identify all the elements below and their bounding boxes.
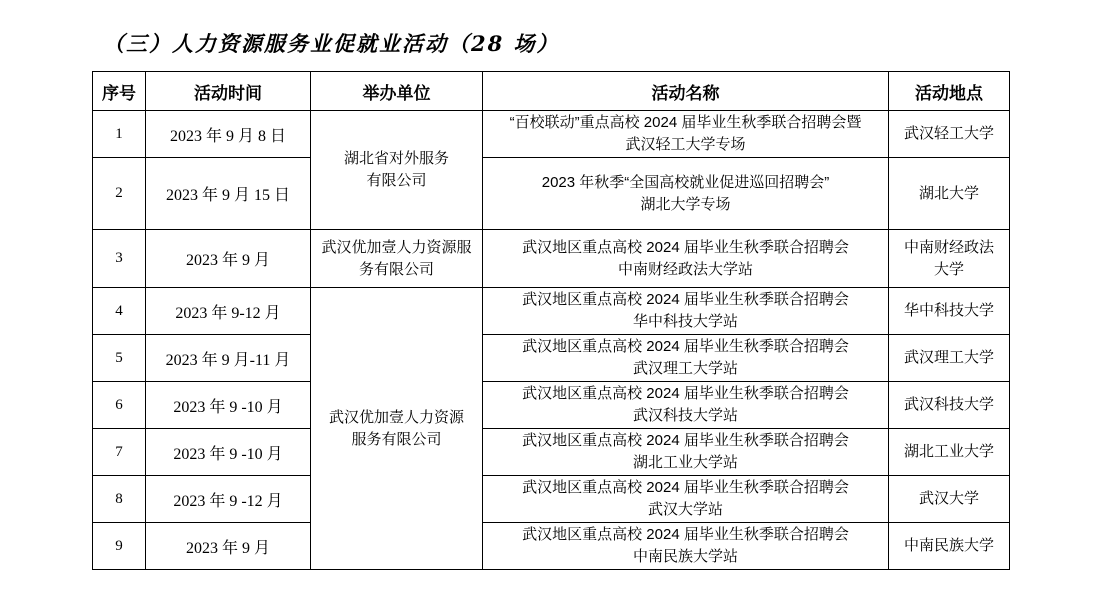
table-row: 5 2023 年 9 月-11 月 武汉地区重点高校 2024 届毕业生秋季联合… (93, 335, 1010, 382)
document-page: （三）人力资源服务业促就业活动（28 场） 序号 活动时间 举办单位 活动名称 … (0, 0, 1100, 593)
cell-time: 2023 年 9 -10 月 (146, 429, 311, 476)
activity-line: 武汉科技大学站 (487, 405, 884, 427)
cell-activity: 武汉地区重点高校 2024 届毕业生秋季联合招聘会 武汉科技大学站 (483, 382, 889, 429)
activity-line: 武汉地区重点高校 2024 届毕业生秋季联合招聘会 (487, 336, 884, 358)
location-line: 武汉理工大学 (893, 347, 1005, 369)
cell-location: 武汉理工大学 (889, 335, 1010, 382)
activity-line: 2023 年秋季“全国高校就业促进巡回招聘会” (487, 172, 884, 194)
location-line: 湖北工业大学 (893, 441, 1005, 463)
cell-time: 2023 年 9 月 (146, 523, 311, 570)
cell-seq: 9 (93, 523, 146, 570)
organizer-line: 有限公司 (315, 170, 478, 192)
table-row: 9 2023 年 9 月 武汉地区重点高校 2024 届毕业生秋季联合招聘会 中… (93, 523, 1010, 570)
organizer-line: 武汉优加壹人力资源服 (315, 237, 478, 259)
cell-time: 2023 年 9 月 15 日 (146, 158, 311, 230)
cell-location: 中南民族大学 (889, 523, 1010, 570)
header-time: 活动时间 (146, 72, 311, 111)
header-organizer: 举办单位 (311, 72, 483, 111)
activity-line: 武汉大学站 (487, 499, 884, 521)
location-line: 中南财经政法 (893, 237, 1005, 259)
cell-seq: 8 (93, 476, 146, 523)
location-line: 武汉科技大学 (893, 394, 1005, 416)
organizer-line: 湖北省对外服务 (315, 148, 478, 170)
cell-location: 武汉科技大学 (889, 382, 1010, 429)
location-line: 华中科技大学 (893, 300, 1005, 322)
table-header-row: 序号 活动时间 举办单位 活动名称 活动地点 (93, 72, 1010, 111)
cell-seq: 1 (93, 111, 146, 158)
activity-line: 武汉地区重点高校 2024 届毕业生秋季联合招聘会 (487, 237, 884, 259)
activity-line: 湖北大学专场 (487, 194, 884, 216)
cell-activity: 武汉地区重点高校 2024 届毕业生秋季联合招聘会 武汉理工大学站 (483, 335, 889, 382)
cell-seq: 5 (93, 335, 146, 382)
cell-location: 湖北大学 (889, 158, 1010, 230)
cell-activity: 武汉地区重点高校 2024 届毕业生秋季联合招聘会 华中科技大学站 (483, 288, 889, 335)
cell-location: 武汉大学 (889, 476, 1010, 523)
cell-location: 中南财经政法 大学 (889, 230, 1010, 288)
cell-time: 2023 年 9 -10 月 (146, 382, 311, 429)
cell-organizer: 武汉优加壹人力资源 服务有限公司 (311, 288, 483, 570)
cell-activity: 武汉地区重点高校 2024 届毕业生秋季联合招聘会 中南财经政法大学站 (483, 230, 889, 288)
activity-line: 武汉地区重点高校 2024 届毕业生秋季联合招聘会 (487, 383, 884, 405)
activity-line: 中南民族大学站 (487, 546, 884, 568)
cell-seq: 7 (93, 429, 146, 476)
activities-table: 序号 活动时间 举办单位 活动名称 活动地点 1 2023 年 9 月 8 日 … (92, 71, 1010, 570)
cell-seq: 4 (93, 288, 146, 335)
cell-location: 湖北工业大学 (889, 429, 1010, 476)
table-row: 6 2023 年 9 -10 月 武汉地区重点高校 2024 届毕业生秋季联合招… (93, 382, 1010, 429)
location-line: 中南民族大学 (893, 535, 1005, 557)
organizer-line: 务有限公司 (315, 259, 478, 281)
table-row: 1 2023 年 9 月 8 日 湖北省对外服务 有限公司 “百校联动”重点高校… (93, 111, 1010, 158)
cell-time: 2023 年 9 月-11 月 (146, 335, 311, 382)
organizer-line: 武汉优加壹人力资源 (315, 407, 478, 429)
table-row: 2 2023 年 9 月 15 日 2023 年秋季“全国高校就业促进巡回招聘会… (93, 158, 1010, 230)
location-line: 武汉大学 (893, 488, 1005, 510)
activity-line: 武汉地区重点高校 2024 届毕业生秋季联合招聘会 (487, 477, 884, 499)
activity-line: 湖北工业大学站 (487, 452, 884, 474)
header-seq: 序号 (93, 72, 146, 111)
cell-time: 2023 年 9 月 8 日 (146, 111, 311, 158)
cell-seq: 2 (93, 158, 146, 230)
header-location: 活动地点 (889, 72, 1010, 111)
activity-line: 武汉轻工大学专场 (487, 134, 884, 156)
cell-location: 武汉轻工大学 (889, 111, 1010, 158)
cell-seq: 3 (93, 230, 146, 288)
cell-organizer: 武汉优加壹人力资源服 务有限公司 (311, 230, 483, 288)
cell-time: 2023 年 9 月 (146, 230, 311, 288)
table-row: 4 2023 年 9-12 月 武汉优加壹人力资源 服务有限公司 武汉地区重点高… (93, 288, 1010, 335)
cell-activity: “百校联动”重点高校 2024 届毕业生秋季联合招聘会暨 武汉轻工大学专场 (483, 111, 889, 158)
activity-line: 武汉地区重点高校 2024 届毕业生秋季联合招聘会 (487, 524, 884, 546)
cell-activity: 武汉地区重点高校 2024 届毕业生秋季联合招聘会 湖北工业大学站 (483, 429, 889, 476)
cell-activity: 2023 年秋季“全国高校就业促进巡回招聘会” 湖北大学专场 (483, 158, 889, 230)
cell-time: 2023 年 9 -12 月 (146, 476, 311, 523)
cell-activity: 武汉地区重点高校 2024 届毕业生秋季联合招聘会 武汉大学站 (483, 476, 889, 523)
activity-line: 武汉地区重点高校 2024 届毕业生秋季联合招聘会 (487, 430, 884, 452)
section-title: （三）人力资源服务业促就业活动（28 场） (103, 28, 560, 58)
activity-line: “百校联动”重点高校 2024 届毕业生秋季联合招聘会暨 (487, 112, 884, 134)
table-row: 8 2023 年 9 -12 月 武汉地区重点高校 2024 届毕业生秋季联合招… (93, 476, 1010, 523)
cell-location: 华中科技大学 (889, 288, 1010, 335)
table-row: 3 2023 年 9 月 武汉优加壹人力资源服 务有限公司 武汉地区重点高校 2… (93, 230, 1010, 288)
location-line: 湖北大学 (893, 183, 1005, 205)
table-row: 7 2023 年 9 -10 月 武汉地区重点高校 2024 届毕业生秋季联合招… (93, 429, 1010, 476)
activity-line: 武汉地区重点高校 2024 届毕业生秋季联合招聘会 (487, 289, 884, 311)
location-line: 大学 (893, 259, 1005, 281)
activity-line: 武汉理工大学站 (487, 358, 884, 380)
organizer-line: 服务有限公司 (315, 429, 478, 451)
activity-line: 华中科技大学站 (487, 311, 884, 333)
cell-time: 2023 年 9-12 月 (146, 288, 311, 335)
header-activity: 活动名称 (483, 72, 889, 111)
cell-seq: 6 (93, 382, 146, 429)
cell-organizer: 湖北省对外服务 有限公司 (311, 111, 483, 230)
activity-line: 中南财经政法大学站 (487, 259, 884, 281)
location-line: 武汉轻工大学 (893, 123, 1005, 145)
cell-activity: 武汉地区重点高校 2024 届毕业生秋季联合招聘会 中南民族大学站 (483, 523, 889, 570)
